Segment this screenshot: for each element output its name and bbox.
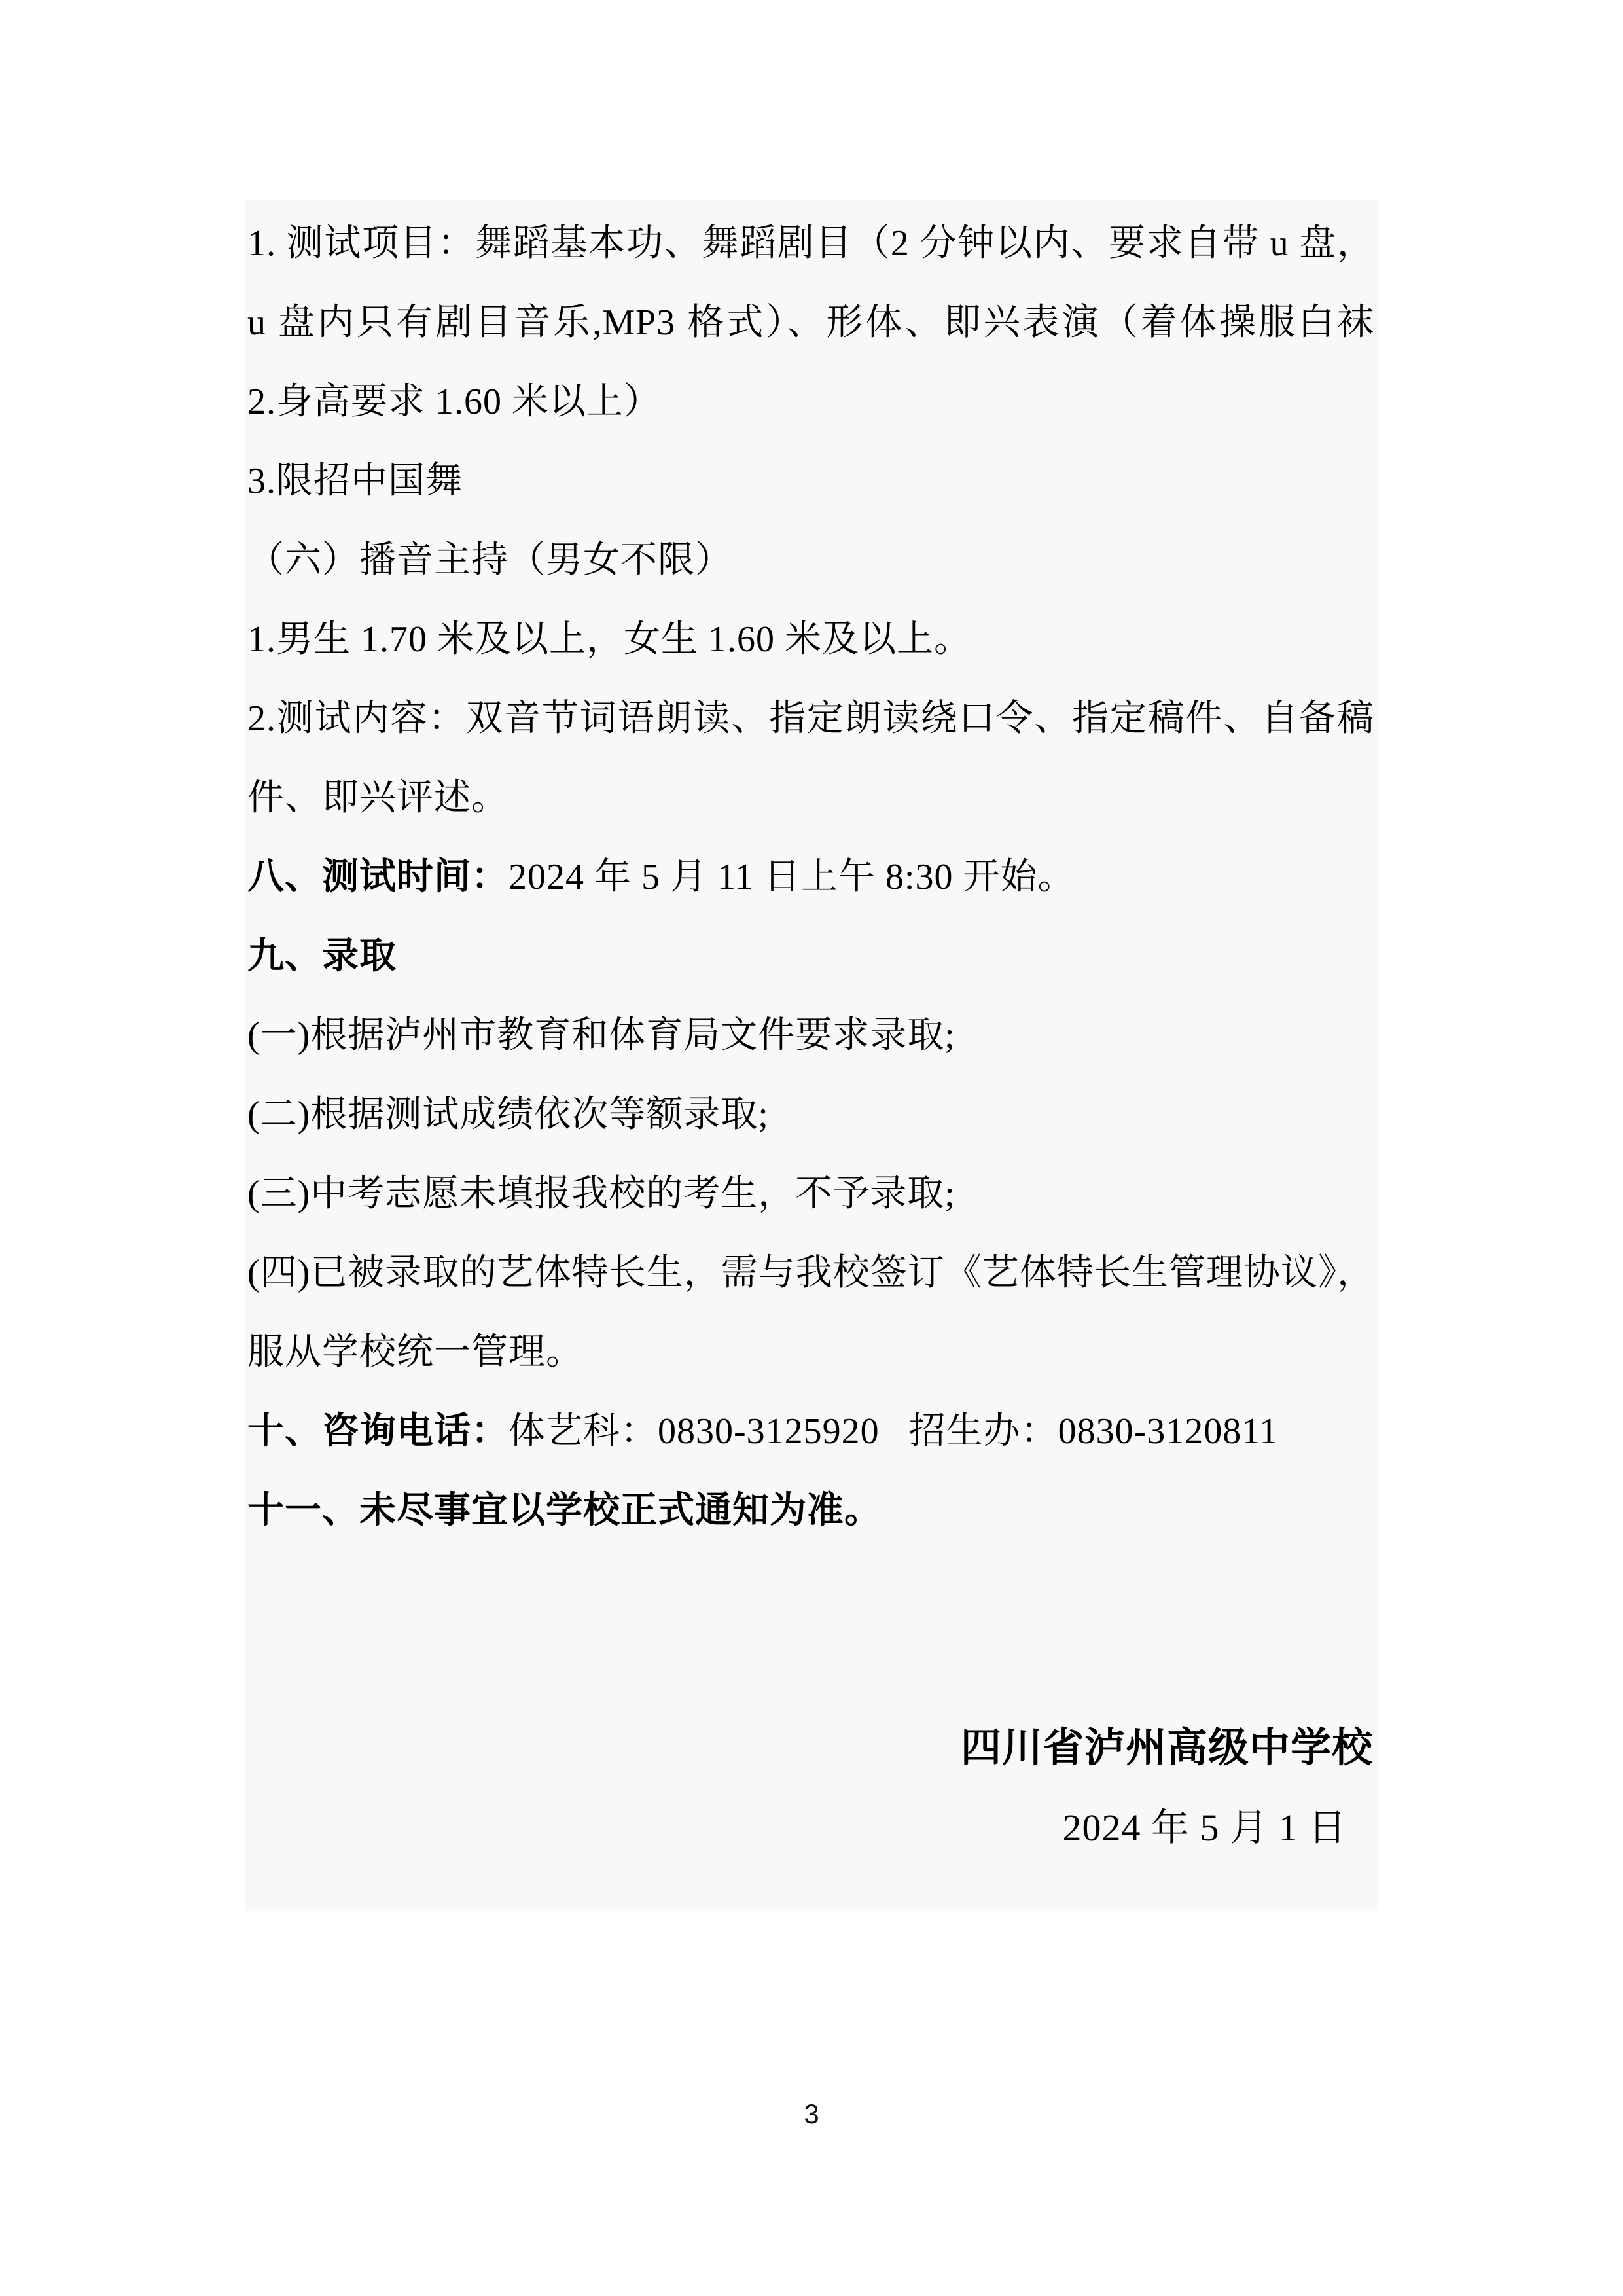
text-segment: 2024 年 5 月 1 日 bbox=[1062, 1806, 1347, 1849]
document-line: 十、咨询电话：体艺科：0830-3125920 招生办：0830-3120811 bbox=[247, 1392, 1374, 1471]
document-line: 九、录取 bbox=[247, 917, 1374, 996]
blank-line bbox=[247, 1551, 1374, 1630]
text-segment: （六）播音主持（男女不限） bbox=[247, 540, 732, 581]
document-line: 服从学校统一管理。 bbox=[247, 1313, 1374, 1392]
document-line: 四川省泸州高级中学校 bbox=[247, 1709, 1374, 1788]
document-line: （六）播音主持（男女不限） bbox=[247, 521, 1374, 600]
document-line: 十一、未尽事宜以学校正式通知为准。 bbox=[247, 1471, 1374, 1551]
text-segment: (三)中考志愿未填报我校的考生，不予录取; bbox=[247, 1174, 955, 1214]
document-body: 1. 测试项目：舞蹈基本功、舞蹈剧目（2 分钟以内、要求自带 u 盘，u 盘内只… bbox=[247, 204, 1374, 1867]
document-line: (四)已被录取的艺体特长生，需与我校签订《艺体特长生管理协议》， bbox=[247, 1234, 1374, 1313]
document-page: 1. 测试项目：舞蹈基本功、舞蹈剧目（2 分钟以内、要求自带 u 盘，u 盘内只… bbox=[0, 0, 1623, 2296]
text-segment: 十、咨询电话： bbox=[247, 1411, 508, 1452]
text-segment: 2.身高要求 1.60 米以上） bbox=[247, 382, 661, 422]
text-segment: 服从学校统一管理。 bbox=[247, 1332, 583, 1372]
text-segment: u 盘内只有剧目音乐,MP3 格式）、形体、即兴表演（着体操服白袜子） bbox=[247, 302, 1374, 363]
document-line: 八、测试时间：2024 年 5 月 11 日上午 8:30 开始。 bbox=[247, 838, 1374, 917]
document-line: 1. 测试项目：舞蹈基本功、舞蹈剧目（2 分钟以内、要求自带 u 盘， bbox=[247, 204, 1374, 283]
document-line: 2.测试内容：双音节词语朗读、指定朗读绕口令、指定稿件、自备稿 bbox=[247, 679, 1374, 759]
page-number: 3 bbox=[0, 2098, 1623, 2130]
document-line: 2.身高要求 1.60 米以上） bbox=[247, 363, 1374, 442]
text-segment: 2.测试内容：双音节词语朗读、指定朗读绕口令、指定稿件、自备稿 bbox=[247, 698, 1374, 739]
text-segment: 九、录取 bbox=[247, 936, 397, 977]
document-line: 件、即兴评述。 bbox=[247, 759, 1374, 838]
text-segment: 3.限招中国舞 bbox=[247, 461, 463, 501]
document-line: u 盘内只有剧目音乐,MP3 格式）、形体、即兴表演（着体操服白袜子） bbox=[247, 283, 1374, 363]
text-segment: 1.男生 1.70 米及以上，女生 1.60 米及以上。 bbox=[247, 619, 971, 660]
blank-line bbox=[247, 1630, 1374, 1709]
document-line: 2024 年 5 月 1 日 bbox=[247, 1788, 1374, 1867]
text-segment: (四)已被录取的艺体特长生，需与我校签订《艺体特长生管理协议》， bbox=[247, 1253, 1374, 1293]
document-line: (二)根据测试成绩依次等额录取; bbox=[247, 1075, 1374, 1155]
document-line: 3.限招中国舞 bbox=[247, 442, 1374, 521]
document-line: (一)根据泸州市教育和体育局文件要求录取; bbox=[247, 996, 1374, 1075]
text-segment: (一)根据泸州市教育和体育局文件要求录取; bbox=[247, 1015, 955, 1056]
text-segment: 四川省泸州高级中学校 bbox=[961, 1726, 1373, 1770]
text-segment: 件、即兴评述。 bbox=[247, 778, 508, 818]
text-segment: 八、测试时间： bbox=[247, 857, 508, 897]
text-segment: 1. 测试项目：舞蹈基本功、舞蹈剧目（2 分钟以内、要求自带 u 盘， bbox=[247, 223, 1374, 264]
text-segment: 体艺科：0830-3125920 招生办：0830-3120811 bbox=[508, 1411, 1278, 1452]
text-segment: 2024 年 5 月 11 日上午 8:30 开始。 bbox=[508, 857, 1075, 897]
text-segment: 十一、未尽事宜以学校正式通知为准。 bbox=[247, 1490, 882, 1531]
text-segment: (二)根据测试成绩依次等额录取; bbox=[247, 1094, 769, 1135]
document-line: (三)中考志愿未填报我校的考生，不予录取; bbox=[247, 1155, 1374, 1234]
document-line: 1.男生 1.70 米及以上，女生 1.60 米及以上。 bbox=[247, 600, 1374, 679]
